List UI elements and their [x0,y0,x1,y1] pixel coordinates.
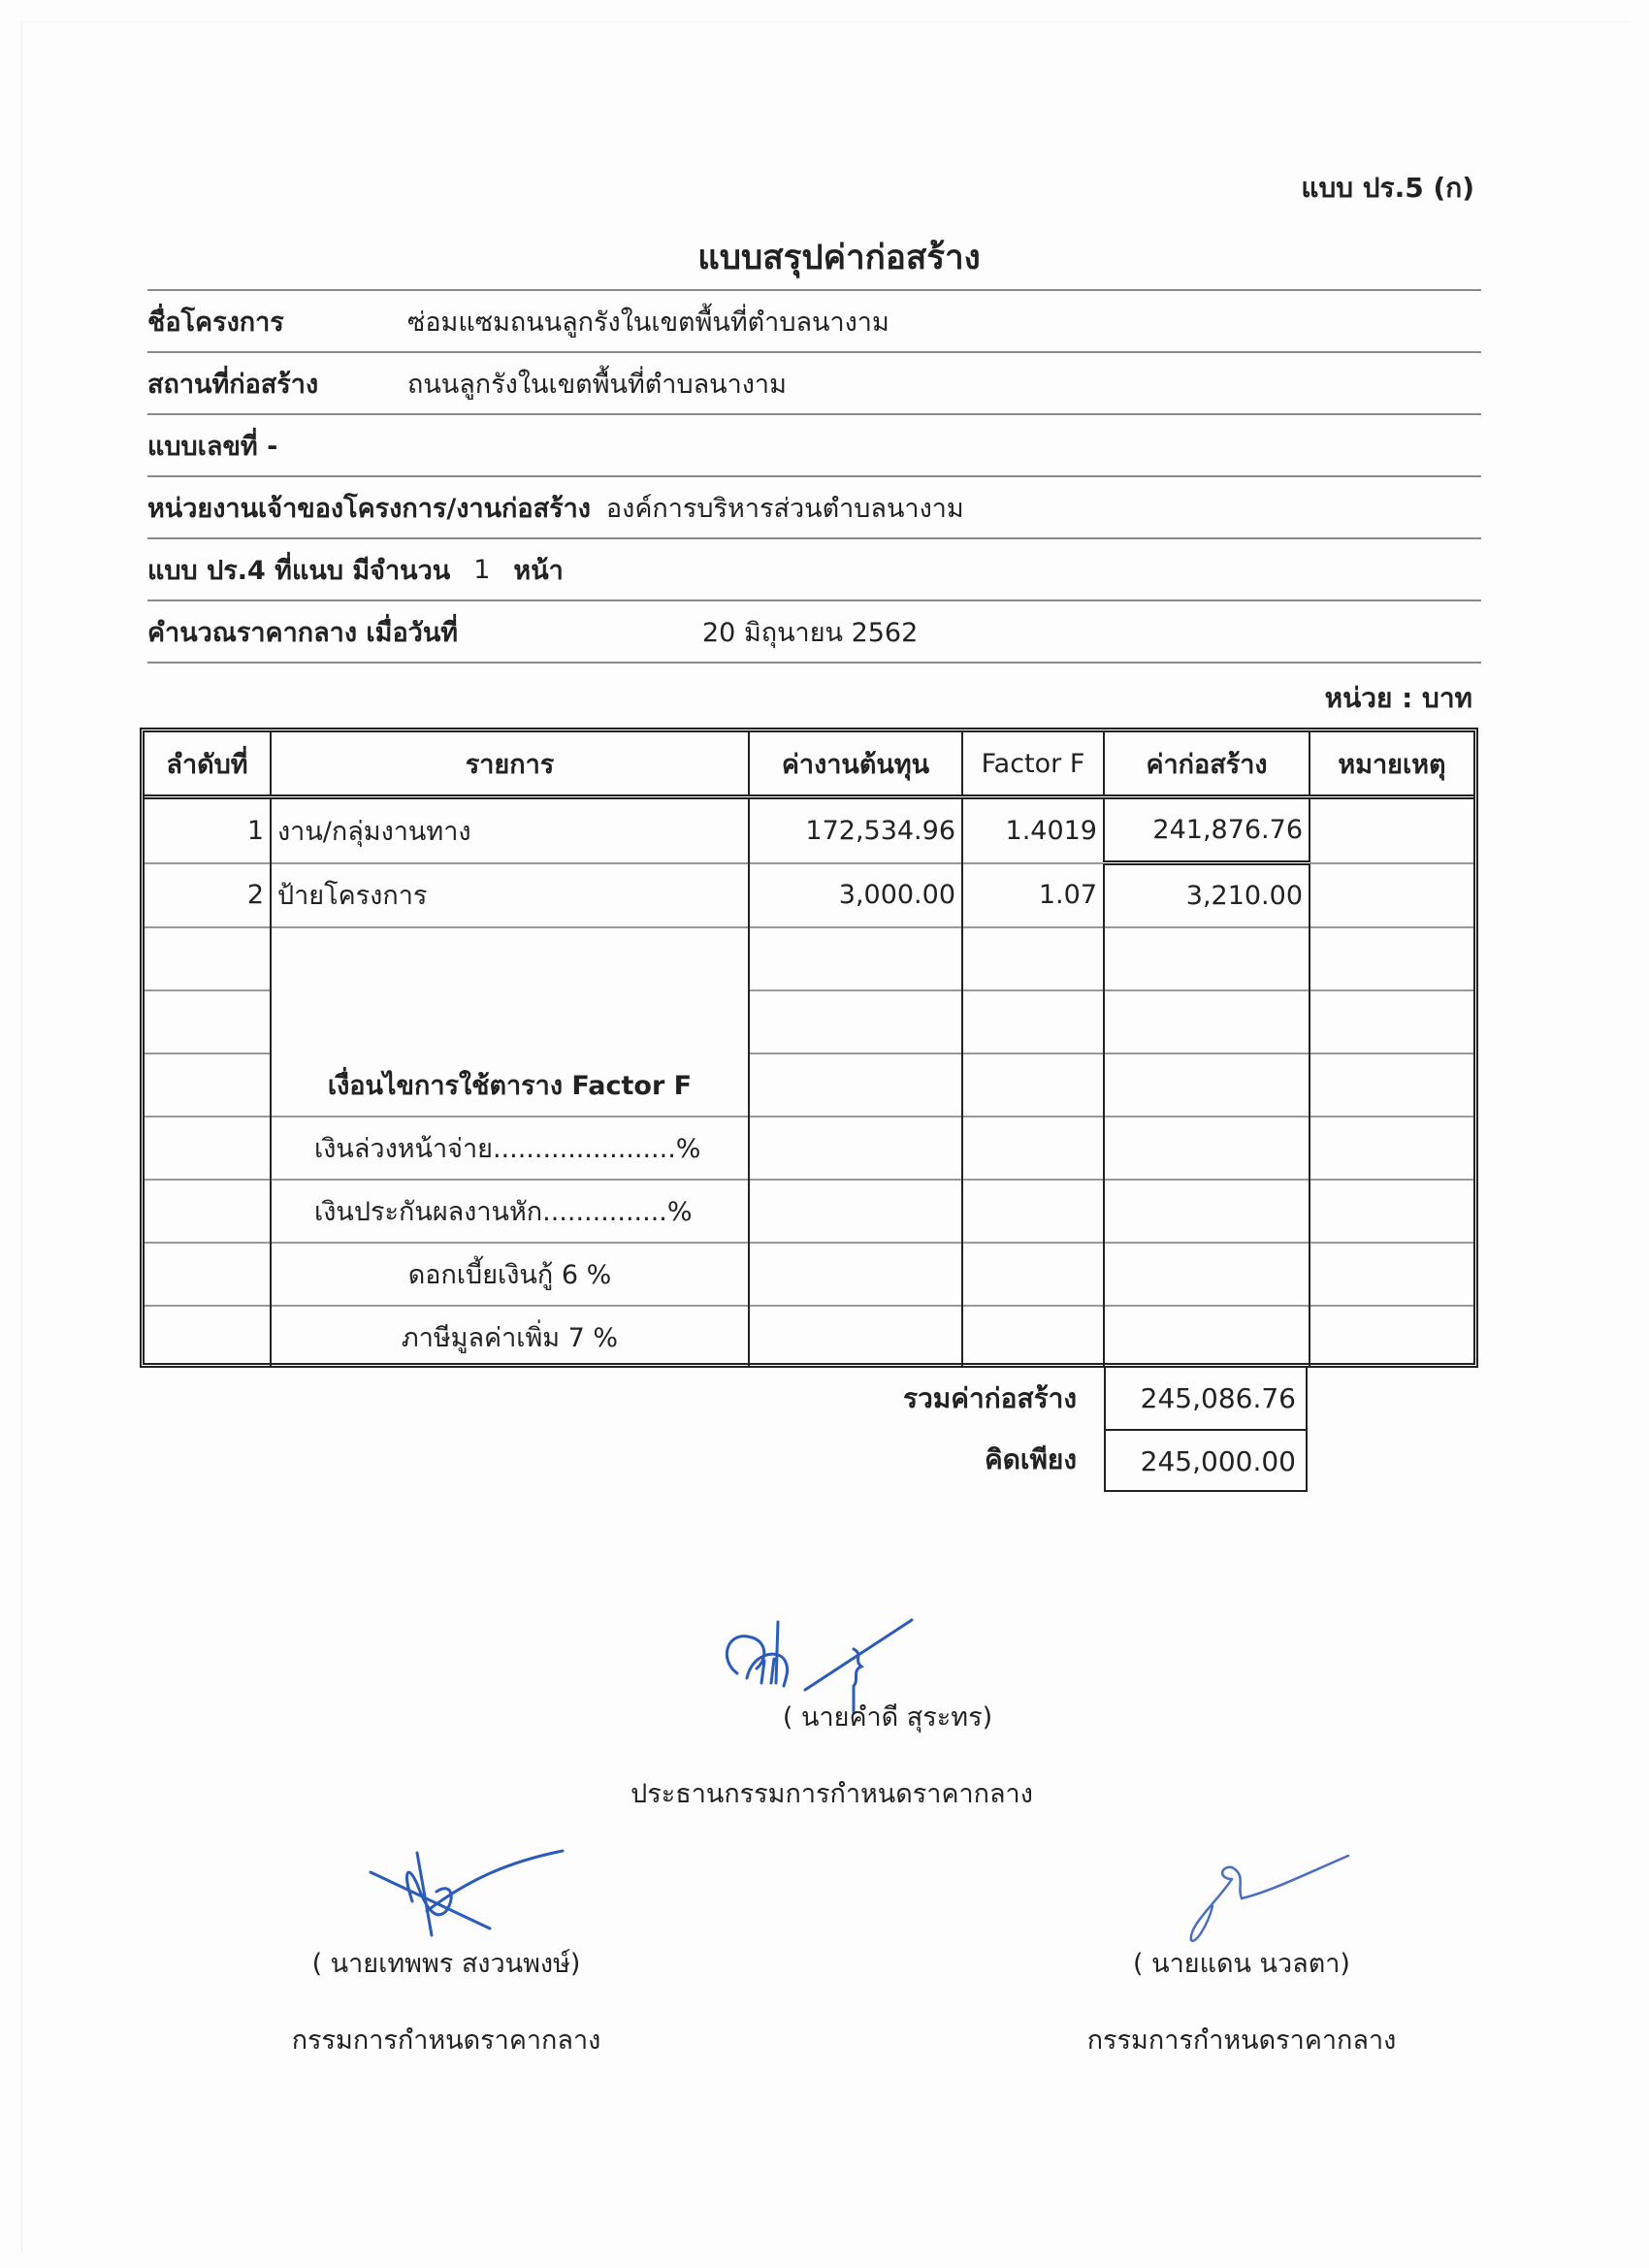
attachment-row: แบบ ปร.4 ที่แนบ มีจำนวน 1 หน้า [147,537,1481,599]
condition-row: เงินล่วงหน้าจ่าย......................% [145,1117,1473,1180]
row-construction: 241,876.76 [1104,797,1309,863]
project-name: ซ่อมแซมถนนลูกรังในเขตพื้นที่ตำบลนางาม [407,301,889,342]
condition-advance-payment: เงินล่วงหน้าจ่าย......................% [271,1117,749,1180]
header-remark: หมายเหตุ [1309,732,1473,797]
row-factor: 1.07 [962,863,1104,928]
conditions-heading: เงื่อนไขการใช้ตาราง Factor F [271,927,749,1117]
signature-block-chairman: ( นายคำดี สุระทร) ประธานกรรมการกำหนดราคา… [0,1696,1649,1814]
condition-loan-interest: ดอกเบี้ยเงินกู้ 6 % [271,1243,749,1306]
project-name-label: ชื่อโครงการ [147,301,407,342]
attachment-label: แบบ ปร.4 ที่แนบ มีจำนวน [147,549,450,591]
owner-label: หน่วยงานเจ้าของโครงการ/งานก่อสร้าง [147,487,591,529]
signer-title: กรรมการกำหนดราคากลาง [989,2019,1494,2060]
attachment-count: 1 [473,555,490,585]
calc-date: 20 มิถุนายน 2562 [702,611,918,653]
signer-name: ( นายเทพพร สงวนพงษ์) [194,1942,698,1984]
signer-name: ( นายคำดี สุระทร) [0,1696,1649,1737]
signer-name: ( นายแดน นวลตา) [989,1942,1494,1984]
document-title: แบบสรุปค่าก่อสร้าง [0,231,1649,284]
row-remark [1309,863,1473,928]
owner-row: หน่วยงานเจ้าของโครงการ/งานก่อสร้าง องค์ก… [147,475,1481,537]
site: ถนนลูกรังในเขตพื้นที่ตำบลนางาม [407,363,787,405]
row-item: งาน/กลุ่มงานทาง [271,797,749,863]
drawing-no-label: แบบเลขที่ - [147,425,277,467]
header-no: ลำดับที่ [145,732,271,797]
row-factor: 1.4019 [962,797,1104,863]
total-value: 245,086.76 [1104,1368,1308,1429]
project-name-row: ชื่อโครงการ ซ่อมแซมถนนลูกรังในเขตพื้นที่… [147,289,1481,351]
header-item: รายการ [271,732,749,797]
row-cost: 172,534.96 [749,797,962,863]
condition-row: ภาษีมูลค่าเพิ่ม 7 % [145,1306,1473,1368]
calc-date-row: คำนวณราคากลาง เมื่อวันที่ 20 มิถุนายน 25… [147,599,1481,664]
rounded-value: 245,000.00 [1104,1429,1308,1492]
signer-title: กรรมการกำหนดราคากลาง [194,2019,698,2060]
signer-title: ประธานกรรมการกำหนดราคากลาง [0,1772,1649,1814]
row-no: 1 [145,797,271,863]
drawing-no-row: แบบเลขที่ - [147,413,1481,475]
table-row: 1 งาน/กลุ่มงานทาง 172,534.96 1.4019 241,… [145,797,1473,863]
header-cost: ค่างานต้นทุน [749,732,962,797]
form-code: แบบ ปร.5 (ก) [1301,167,1474,210]
site-row: สถานที่ก่อสร้าง ถนนลูกรังในเขตพื้นที่ตำบ… [147,351,1481,413]
unit-label: หน่วย : บาท [1325,677,1472,720]
row-item: ป้ายโครงการ [271,863,749,928]
header-construction: ค่าก่อสร้าง [1104,732,1309,797]
condition-vat: ภาษีมูลค่าเพิ่ม 7 % [271,1306,749,1368]
owner: องค์การบริหารส่วนตำบลนางาม [606,487,964,529]
signature-block-committee-2: ( นายแดน นวลตา) กรรมการกำหนดราคากลาง [989,1942,1494,2060]
rounded-label: คิดเพียง [985,1429,1077,1490]
row-cost: 3,000.00 [749,863,962,928]
condition-row: ดอกเบี้ยเงินกู้ 6 % [145,1243,1473,1306]
row-no: 2 [145,863,271,928]
condition-retention: เงินประกันผลงานหัก...............% [271,1180,749,1243]
signature-committee-1 [359,1843,582,1940]
cost-summary-table: ลำดับที่ รายการ ค่างานต้นทุน Factor F ค่… [140,728,1478,1368]
table-row: 2 ป้ายโครงการ 3,000.00 1.07 3,210.00 [145,863,1473,928]
table-header: ลำดับที่ รายการ ค่างานต้นทุน Factor F ค่… [145,732,1473,797]
table-row-empty: เงื่อนไขการใช้ตาราง Factor F [145,927,1473,990]
header-factor: Factor F [962,732,1104,797]
site-label: สถานที่ก่อสร้าง [147,363,407,405]
signature-committee-2 [1164,1848,1358,1945]
signature-block-committee-1: ( นายเทพพร สงวนพงษ์) กรรมการกำหนดราคากลา… [194,1942,698,2060]
calc-date-label: คำนวณราคากลาง เมื่อวันที่ [147,611,702,653]
total-label: รวมค่าก่อสร้าง [903,1368,1077,1429]
total-row: รวมค่าก่อสร้าง 245,086.76 [0,1368,1649,1429]
project-info: ชื่อโครงการ ซ่อมแซมถนนลูกรังในเขตพื้นที่… [147,289,1481,664]
row-remark [1309,797,1473,863]
attachment-unit: หน้า [513,549,563,591]
row-construction: 3,210.00 [1104,863,1309,928]
rounded-row: คิดเพียง 245,000.00 [0,1429,1649,1490]
condition-row: เงินประกันผลงานหัก...............% [145,1180,1473,1243]
